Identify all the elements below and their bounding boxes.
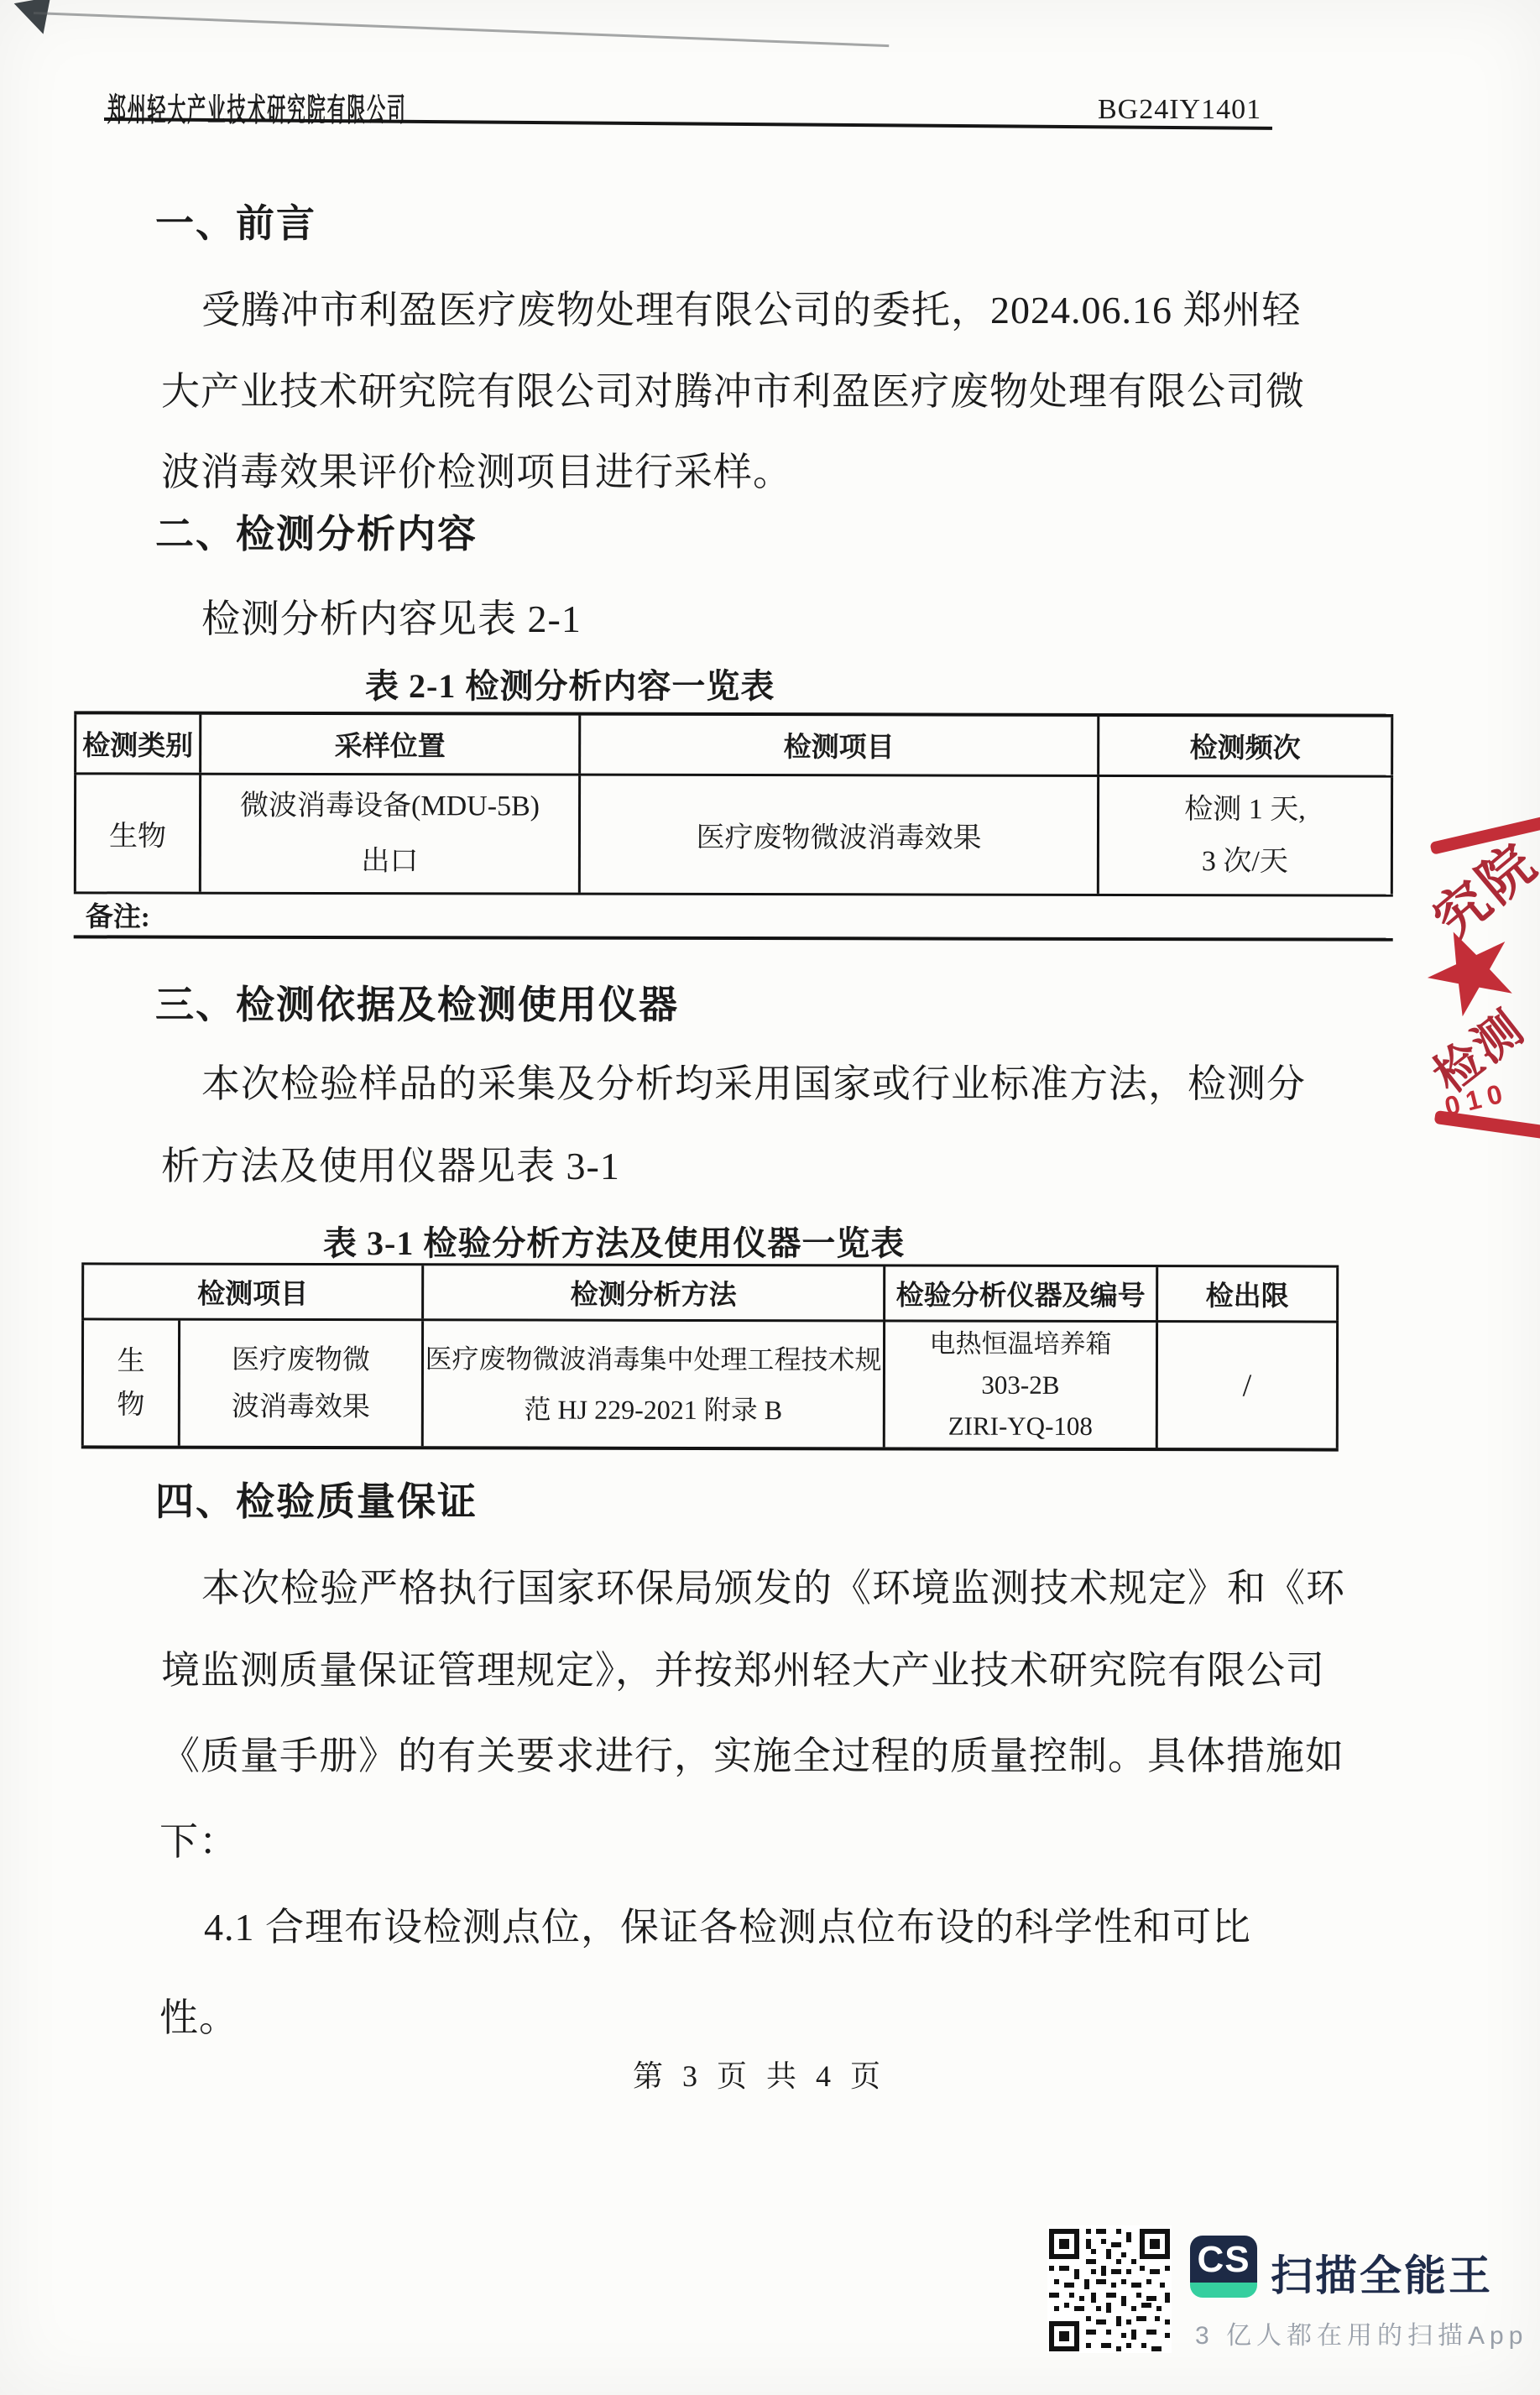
instrument-line3: ZIRI-YQ-108 xyxy=(948,1406,1093,1447)
instrument-line1: 电热恒温培养箱 xyxy=(929,1323,1111,1364)
paragraph-line: 境监测质量保证管理规定》，并按郑州轻大产业技术研究院有限公司 xyxy=(161,1640,1325,1695)
table31-header-cell: 检测分析方法 xyxy=(424,1265,885,1319)
method-line1: 医疗废物微波消毒集中处理工程技术规 xyxy=(425,1333,881,1385)
qr-code xyxy=(1047,2225,1172,2353)
paragraph-line: 受腾冲市利盈医疗废物处理有限公司的委托，2024.06.16 郑州轻 xyxy=(201,279,1302,335)
scanned-document-page: 郑州轻大产业技术研究院有限公司 BG24IY1401 一、前言 受腾冲市利盈医疗… xyxy=(0,0,1540,2395)
camscanner-logo-text: CS xyxy=(1197,2236,1250,2284)
table-3-1: 检测项目 检测分析方法 检验分析仪器及编号 检出限 生 物 医疗废物微 波消毒效… xyxy=(81,1262,1339,1451)
table21-data-row: 生物 微波消毒设备(MDU-5B) 出口 医疗废物微波消毒效果 检测 1 天, … xyxy=(74,775,1393,896)
table21-note-row: 备注: xyxy=(74,894,1393,941)
table-2-1: 检测类别 采样位置 检测项目 检测频次 生物 微波消毒设备(MDU-5B) 出口… xyxy=(74,711,1394,941)
header-company-name: 郑州轻大产业技术研究院有限公司 xyxy=(107,84,407,130)
paragraph-line: 波消毒效果评价检测项目进行采样。 xyxy=(161,441,792,497)
seal-arc-bottom xyxy=(1434,1110,1540,1142)
table21-header-row: 检测类别 采样位置 检测项目 检测频次 xyxy=(74,711,1393,777)
frequency-line1: 检测 1 天, xyxy=(1184,784,1306,836)
table31-header-cell: 检出限 xyxy=(1158,1267,1339,1320)
table31-cell-method: 医疗废物微波消毒集中处理工程技术规 范 HJ 229-2021 附录 B xyxy=(424,1321,885,1447)
camscanner-logo: CS xyxy=(1190,2236,1257,2298)
item-line2: 波消毒效果 xyxy=(232,1383,370,1430)
category-line1: 生 xyxy=(117,1339,144,1383)
section3-heading: 三、检测依据及检测使用仪器 xyxy=(155,974,679,1030)
table21-cell-category: 生物 xyxy=(74,775,201,891)
paragraph-line: 《质量手册》的有关要求进行，实施全过程的质量控制。具体措施如 xyxy=(161,1725,1344,1781)
page-number: 第 3 页 共 4 页 xyxy=(0,2053,1519,2095)
table21-title: 表 2-1 检测分析内容一览表 xyxy=(365,660,775,707)
paragraph-line: 本次检验样品的采集及分析均采用国家或行业标准方法，检测分 xyxy=(201,1053,1306,1109)
paragraph-line: 4.1 合理布设检测点位，保证各检测点位布设的科学性和可比 xyxy=(204,1897,1251,1952)
table21-cell-location: 微波消毒设备(MDU-5B) 出口 xyxy=(201,775,581,893)
section4-heading: 四、检验质量保证 xyxy=(155,1471,478,1526)
table31-header-row: 检测项目 检测分析方法 检验分析仪器及编号 检出限 xyxy=(81,1262,1339,1323)
paragraph-line: 大产业技术研究院有限公司对腾冲市利盈医疗废物处理有限公司微 xyxy=(161,361,1305,416)
table21-cell-frequency: 检测 1 天, 3 次/天 xyxy=(1099,777,1393,895)
header-report-number: BG24IY1401 xyxy=(1098,94,1261,126)
table21-header-cell: 检测类别 xyxy=(74,714,201,772)
paragraph-line: 下： xyxy=(159,1811,238,1866)
table21-cell-item: 医疗废物微波消毒效果 xyxy=(581,776,1099,894)
paragraph-line: 析方法及使用仪器见表 3-1 xyxy=(161,1135,620,1191)
instrument-line2: 303-2B xyxy=(981,1364,1059,1406)
table31-data-row: 生 物 医疗废物微 波消毒效果 医疗废物微波消毒集中处理工程技术规 范 HJ 2… xyxy=(81,1320,1339,1451)
location-line1: 微波消毒设备(MDU-5B) xyxy=(240,778,540,834)
paragraph-line: 本次检验严格执行国家环保局颁发的《环境监测技术规定》和《环 xyxy=(201,1558,1345,1613)
table21-header-cell: 检测项目 xyxy=(581,716,1099,775)
frequency-line2: 3 次/天 xyxy=(1202,836,1288,888)
section2-heading: 二、检测分析内容 xyxy=(155,504,478,559)
paragraph-line: 性。 xyxy=(159,1987,238,2043)
camscanner-tagline: 3 亿人都在用的扫描App xyxy=(1195,2314,1527,2351)
section1-heading: 一、前言 xyxy=(155,193,316,248)
table31-cell-category: 生 物 xyxy=(81,1320,180,1445)
paragraph-line: 检测分析内容见表 2-1 xyxy=(201,588,582,644)
table21-header-cell: 检测频次 xyxy=(1099,717,1393,775)
table31-cell-instrument: 电热恒温培养箱 303-2B ZIRI-YQ-108 xyxy=(885,1322,1158,1448)
scan-line-artifact xyxy=(34,12,889,47)
table31-cell-detection-limit: / xyxy=(1158,1323,1339,1448)
table31-cell-item: 医疗废物微 波消毒效果 xyxy=(180,1321,424,1447)
camscanner-app-name: 扫描全能王 xyxy=(1271,2242,1493,2303)
location-line2: 出口 xyxy=(361,834,418,890)
red-seal-fragment: 究院 检测 010 xyxy=(1424,816,1540,1145)
category-line2: 物 xyxy=(117,1383,144,1427)
table31-header-cell: 检验分析仪器及编号 xyxy=(885,1266,1158,1320)
scan-corner-artifact xyxy=(14,0,57,39)
table21-header-cell: 采样位置 xyxy=(201,715,581,774)
item-line1: 医疗废物微 xyxy=(232,1336,370,1383)
method-line2: 范 HJ 229-2021 附录 B xyxy=(525,1384,783,1435)
table31-header-cell: 检测项目 xyxy=(81,1265,424,1318)
table31-title: 表 3-1 检验分析方法及使用仪器一览表 xyxy=(323,1217,905,1265)
